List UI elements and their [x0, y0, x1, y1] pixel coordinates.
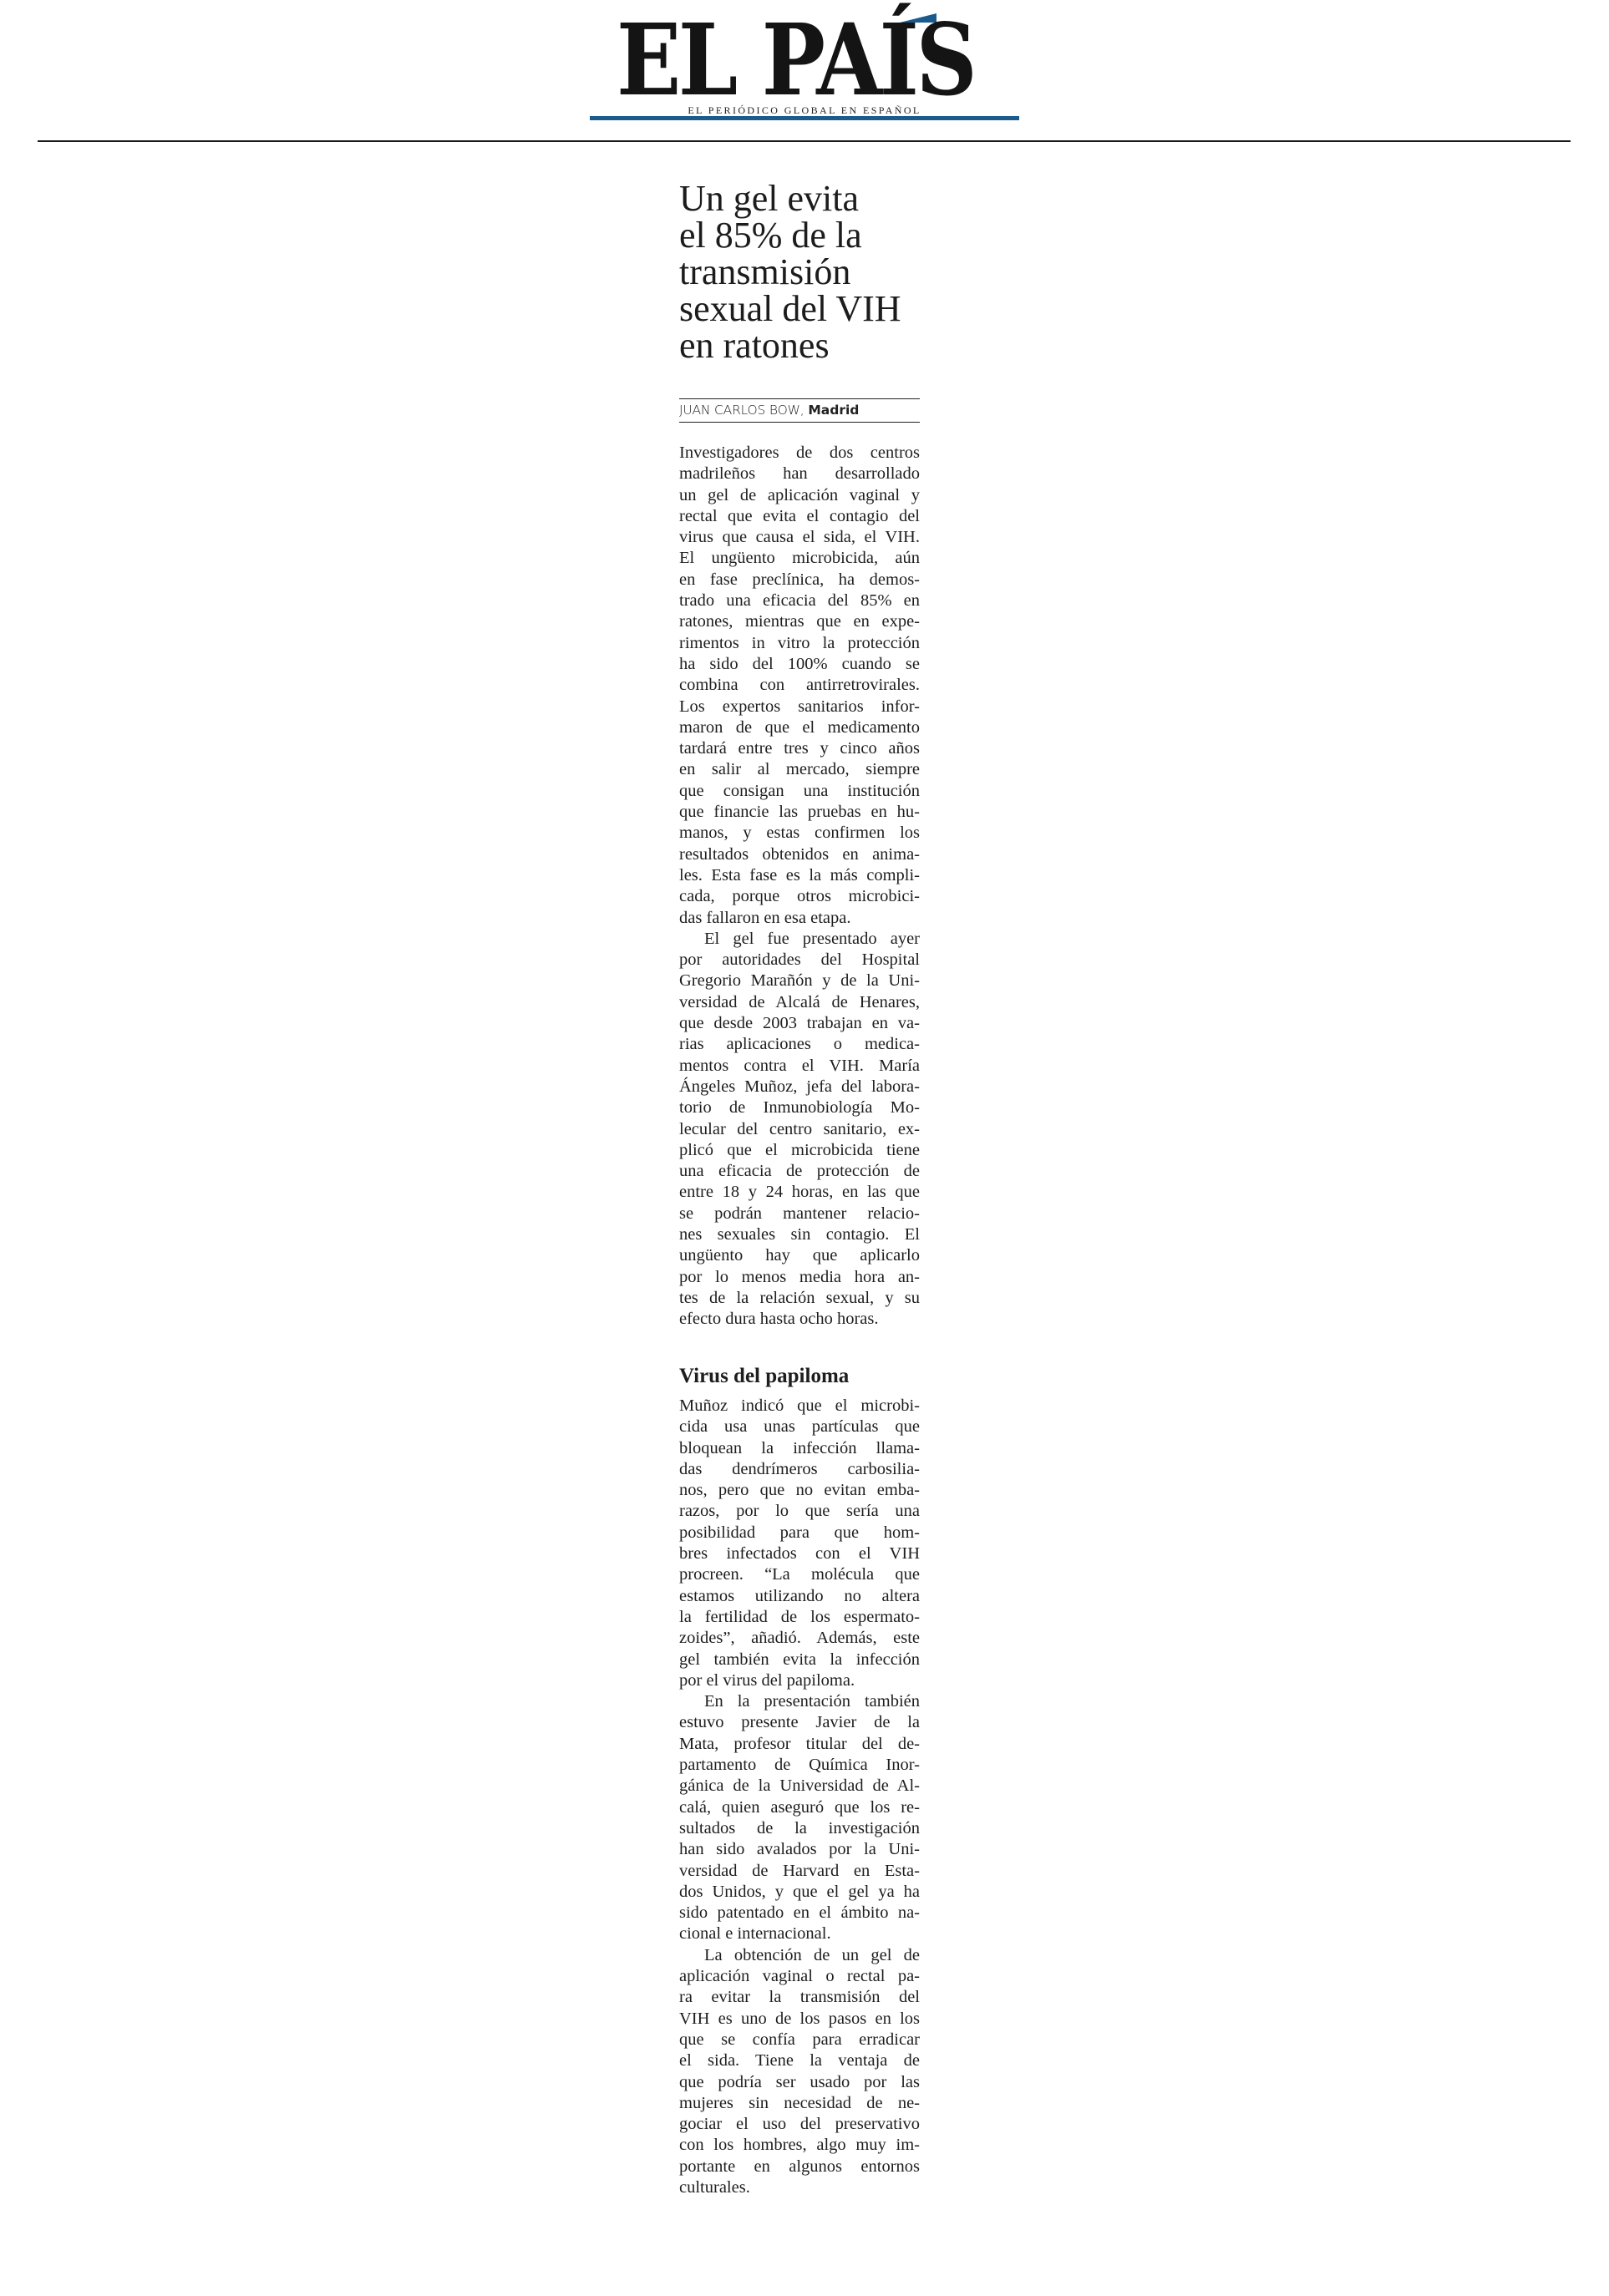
article-body-section-2: Muñoz indicó que el microbi-cida usa una…	[679, 1396, 920, 2198]
paragraph-line: La obtención de un gel de	[679, 1945, 920, 1966]
paragraph-line: gánica de la Universidad de Al-	[679, 1776, 920, 1797]
paragraph-line: se podrán mantener relacio-	[679, 1204, 920, 1224]
paragraph-line: Investigadores de dos centros	[679, 443, 920, 464]
headline-line: el 85% de la	[679, 217, 930, 254]
paragraph-line: gociar el uso del preservativo	[679, 2114, 920, 2135]
paragraph-line: que desde 2003 trabajan en va-	[679, 1013, 920, 1034]
paragraph-line: ra evitar la transmisión del	[679, 1987, 920, 2008]
headline-line: Un gel evita	[679, 180, 930, 217]
headline-line: en ratones	[679, 327, 930, 364]
article-paragraph: En la presentación tambiénestuvo present…	[679, 1691, 920, 1945]
paragraph-line: calá, quien aseguró que los re-	[679, 1797, 920, 1818]
paragraph-line: En la presentación también	[679, 1691, 920, 1712]
paragraph-line: con los hombres, algo muy im-	[679, 2135, 920, 2156]
paragraph-line: tardará entre tres y cinco años	[679, 738, 920, 759]
paragraph-line: cida usa unas partículas que	[679, 1417, 920, 1437]
paragraph-line: nos, pero que no evitan emba-	[679, 1480, 920, 1501]
paragraph-line: un gel de aplicación vaginal y	[679, 485, 920, 506]
article-headline: Un gel evita el 85% de la transmisión se…	[679, 180, 930, 364]
paragraph-line: combina con antirretrovirales.	[679, 675, 920, 696]
paragraph-line: nes sexuales sin contagio. El	[679, 1224, 920, 1245]
article-subheading: Virus del papiloma	[679, 1364, 920, 1389]
paragraph-line: que se confía para erradicar	[679, 2030, 920, 2050]
paragraph-line: madrileños han desarrollado	[679, 464, 920, 484]
paragraph-line: gel también evita la infección	[679, 1650, 920, 1670]
paragraph-line: zoides”, añadió. Además, este	[679, 1628, 920, 1649]
headline-line: transmisión	[679, 254, 930, 291]
paragraph-line: rimentos in vitro la protección	[679, 633, 920, 654]
paragraph-line: que consigan una institución	[679, 781, 920, 802]
paragraph-line: plicó que el microbicida tiene	[679, 1140, 920, 1161]
paragraph-line: efecto dura hasta ocho horas.	[679, 1309, 920, 1330]
paragraph-line: lecular del centro sanitario, ex-	[679, 1119, 920, 1140]
paragraph-line: estuvo presente Javier de la	[679, 1712, 920, 1733]
paragraph-line: dos Unidos, y que el gel ya ha	[679, 1882, 920, 1903]
byline-author: JUAN CARLOS BOW,	[679, 403, 804, 418]
paragraph-line: procreen. “La molécula que	[679, 1564, 920, 1585]
paragraph-line: razos, por lo que sería una	[679, 1501, 920, 1522]
paragraph-line: El ungüento microbicida, aún	[679, 548, 920, 569]
masthead: EL PAÍS EL PERIÓDICO GLOBAL EN ESPAÑOL	[588, 8, 1021, 125]
paragraph-line: posibilidad para que hom-	[679, 1523, 920, 1543]
article-paragraph: Investigadores de dos centrosmadrileños …	[679, 443, 920, 929]
paragraph-line: tes de la relación sexual, y su	[679, 1288, 920, 1309]
paragraph-line: Gregorio Marañón y de la Uni-	[679, 971, 920, 991]
paragraph-line: culturales.	[679, 2177, 920, 2198]
newspaper-logo: EL PAÍS	[617, 20, 952, 100]
paragraph-line: estamos utilizando no altera	[679, 1586, 920, 1607]
byline-city: Madrid	[808, 403, 859, 418]
paragraph-line: trado una eficacia del 85% en	[679, 590, 920, 611]
paragraph-line: mentos contra el VIH. María	[679, 1056, 920, 1077]
paragraph-line: el sida. Tiene la ventaja de	[679, 2050, 920, 2071]
paragraph-line: bres infectados con el VIH	[679, 1543, 920, 1564]
paragraph-line: das dendrímeros carbosilia-	[679, 1459, 920, 1480]
paragraph-line: por el virus del papiloma.	[679, 1670, 920, 1691]
paragraph-line: han sido avalados por la Uni-	[679, 1839, 920, 1860]
paragraph-line: cional e internacional.	[679, 1923, 920, 1944]
paragraph-line: cada, porque otros microbici-	[679, 886, 920, 907]
paragraph-line: maron de que el medicamento	[679, 717, 920, 738]
paragraph-line: virus que causa el sida, el VIH.	[679, 527, 920, 548]
masthead-blue-bar	[590, 116, 1019, 120]
paragraph-line: mujeres sin necesidad de ne-	[679, 2093, 920, 2114]
article-paragraph: Muñoz indicó que el microbi-cida usa una…	[679, 1396, 920, 1691]
paragraph-line: versidad de Harvard en Esta-	[679, 1861, 920, 1882]
paragraph-line: ratones, mientras que en expe-	[679, 611, 920, 632]
paragraph-line: bloquean la infección llama-	[679, 1438, 920, 1459]
paragraph-line: que podría ser usado por las	[679, 2072, 920, 2093]
paragraph-line: Mata, profesor titular del de-	[679, 1734, 920, 1755]
paragraph-line: manos, y estas confirmen los	[679, 823, 920, 844]
paragraph-line: en salir al mercado, siempre	[679, 759, 920, 780]
article-paragraph: La obtención de un gel deaplicación vagi…	[679, 1945, 920, 2199]
paragraph-line: VIH es uno de los pasos en los	[679, 2009, 920, 2030]
paragraph-line: Los expertos sanitarios infor-	[679, 697, 920, 717]
article-body-section-1: Investigadores de dos centrosmadrileños …	[679, 443, 920, 1330]
paragraph-line: la fertilidad de los espermato-	[679, 1607, 920, 1628]
paragraph-line: rias aplicaciones o medica-	[679, 1034, 920, 1055]
paragraph-line: Muñoz indicó que el microbi-	[679, 1396, 920, 1417]
masthead-tagline: EL PERIÓDICO GLOBAL EN ESPAÑOL	[588, 104, 1021, 117]
paragraph-line: sultados de la investigación	[679, 1818, 920, 1839]
headline-line: sexual del VIH	[679, 291, 930, 327]
article-paragraph: El gel fue presentado ayerpor autoridade…	[679, 929, 920, 1330]
paragraph-line: aplicación vaginal o rectal pa-	[679, 1966, 920, 1987]
paragraph-line: Ángeles Muñoz, jefa del labora-	[679, 1077, 920, 1097]
paragraph-line: en fase preclínica, ha demos-	[679, 570, 920, 590]
paragraph-line: por lo menos media hora an-	[679, 1267, 920, 1288]
paragraph-line: ha sido del 100% cuando se	[679, 654, 920, 675]
byline: JUAN CARLOS BOW, Madrid	[679, 398, 920, 423]
paragraph-line: torio de Inmunobiología Mo-	[679, 1097, 920, 1118]
paragraph-line: El gel fue presentado ayer	[679, 929, 920, 950]
paragraph-line: sido patentado en el ámbito na-	[679, 1903, 920, 1923]
paragraph-line: resultados obtenidos en anima-	[679, 844, 920, 865]
paragraph-line: una eficacia de protección de	[679, 1161, 920, 1182]
paragraph-line: ungüento hay que aplicarlo	[679, 1245, 920, 1266]
header-divider	[38, 140, 1571, 142]
paragraph-line: versidad de Alcalá de Henares,	[679, 992, 920, 1013]
paragraph-line: rectal que evita el contagio del	[679, 506, 920, 527]
paragraph-line: entre 18 y 24 horas, en las que	[679, 1182, 920, 1203]
paragraph-line: les. Esta fase es la más compli-	[679, 865, 920, 886]
paragraph-line: portante en algunos entornos	[679, 2157, 920, 2177]
paragraph-line: das fallaron en esa etapa.	[679, 908, 920, 929]
paragraph-line: por autoridades del Hospital	[679, 950, 920, 971]
paragraph-line: que financie las pruebas en hu-	[679, 802, 920, 823]
paragraph-line: partamento de Química Inor-	[679, 1755, 920, 1776]
